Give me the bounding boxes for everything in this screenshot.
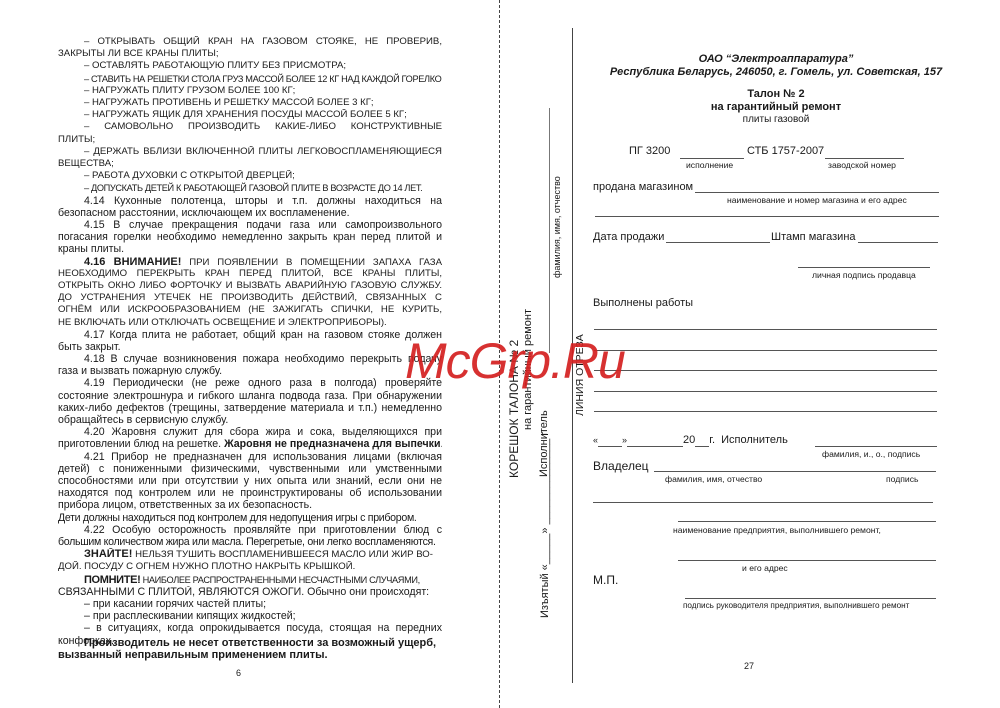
stub-executor-line [549, 108, 550, 353]
text-line: Дети должны находиться под контролем для… [58, 512, 442, 524]
text-line: ВЕЩЕСТВА; [58, 158, 442, 170]
work-line-field[interactable] [594, 411, 937, 412]
right-page-number: 27 [744, 661, 754, 671]
bold-prefix: ЗНАЙТЕ! [84, 548, 132, 560]
repair-day-field[interactable] [598, 434, 622, 447]
address-caption: и его адрес [742, 563, 788, 573]
text-line: ЗНАЙТЕ! НЕЛЬЗЯ ТУШИТЬ ВОСПЛАМЕНИВШЕЕСЯ М… [58, 548, 442, 561]
stub-executor-caption: фамилия, имя, отчество [552, 176, 562, 278]
text-line: способностями или при отсутствии у них о… [58, 475, 442, 487]
text-line: ДОЙ. ПОСУДУ С ОГНЕМ НУЖНО ПЛОТНО НАКРЫТЬ… [58, 561, 442, 573]
seal-label: М.П. [593, 573, 618, 587]
head-signature-caption: подпись руководителя предприятия, выполн… [683, 601, 909, 610]
serial-number-field[interactable] [825, 158, 904, 159]
cut-line [572, 28, 573, 683]
work-line-field[interactable] [594, 329, 937, 330]
work-line-field[interactable] [594, 370, 937, 371]
text-line: – при касании горячих частей плиты; [58, 598, 442, 610]
stamp-label: Штамп магазина [771, 231, 856, 243]
year-suffix: г. [709, 434, 715, 446]
left-page-number: 6 [236, 668, 241, 678]
text-line: 4.22 Особую осторожность проявляйте при … [58, 524, 442, 536]
text-line: газа и вызвать пожарную службу. [58, 365, 442, 377]
text-line: 4.17 Когда плита не работает, общий кран… [58, 329, 442, 341]
company-name: ОАО “Электроаппаратура” [590, 53, 962, 65]
owner-caption-name: фамилия, имя, отчество [665, 474, 762, 484]
text-line: приготовлении блюд на решетке. Жаровня н… [58, 438, 442, 450]
liability-statement: Производитель не несет ответственности з… [58, 637, 442, 661]
stub-subtitle: на гарантийный ремонт [522, 309, 534, 430]
sold-by-label: продана магазином [593, 181, 693, 193]
text-line: 4.14 Кухонные полотенца, шторы и т.п. до… [58, 195, 442, 207]
text-line: ПОМНИТЕ! НАИБОЛЕЕ РАСПРОСТРАНЕННЫМИ НЕСЧ… [58, 574, 442, 586]
text-line: – ОТКРЫВАТЬ ОБЩИЙ КРАН НА ГАЗОВОМ СТОЯКЕ… [58, 36, 442, 48]
text-line: – СТАВИТЬ НА РЕШЕТКИ СТОЛА ГРУЗ МАССОЙ Б… [58, 73, 442, 85]
text-line: находятся под контролем или не проинстру… [58, 487, 442, 499]
bold-prefix: 4.16 ВНИМАНИЕ! [84, 256, 181, 268]
repair-month-field[interactable] [627, 434, 683, 447]
text-line: 4.20 Жаровня служит для сбора жира и сок… [58, 426, 442, 438]
text-line: – НАГРУЖАТЬ ПЛИТУ ГРУЗОМ БОЛЕЕ 100 КГ; [58, 85, 442, 97]
bold-suffix: Жаровня не предназначена для выпечки [224, 438, 440, 450]
text-line: – САМОВОЛЬНО ПРОИЗВОДИТЬ КАКИЕ-ЛИБО КОНС… [58, 121, 442, 133]
coupon-product: плиты газовой [590, 114, 962, 125]
text-line: – РАБОТА ДУХОВКИ С ОТКРЫТОЙ ДВЕРЦЕЙ; [58, 170, 442, 182]
repair-year-field[interactable] [695, 434, 709, 447]
text-line: большим количеством жира или масла. Пере… [58, 536, 442, 548]
owner-field-line-2[interactable] [593, 502, 933, 503]
text-line: 4.15 В случае прекращения подачи газа ил… [58, 219, 442, 231]
text-line: прибора лицом, ответственных за их безоп… [58, 499, 442, 511]
text-line: – НАГРУЖАТЬ ПРОТИВЕНЬ И РЕШЕТКУ МАССОЙ Б… [58, 97, 442, 109]
executor-field[interactable] [815, 446, 937, 447]
work-line-field[interactable] [594, 391, 937, 392]
text-line: детей) с пониженными физическими, чувств… [58, 463, 442, 475]
standard-label: СТБ 1757-2007 [747, 145, 824, 157]
stamp-field[interactable] [858, 242, 938, 243]
text-line: 4.18 В случае возникновения пожара необх… [58, 353, 442, 365]
cut-line-label: ЛИНИЯ ОТРЕЗА [574, 334, 586, 416]
enterprise-address-field[interactable] [678, 560, 936, 561]
store-field[interactable] [695, 192, 939, 193]
owner-label: Владелец [593, 459, 649, 473]
seller-signature-field[interactable] [798, 267, 930, 268]
text-line: 4.21 Прибор не предназначен для использо… [58, 451, 442, 463]
serial-caption: заводской номер [828, 160, 896, 170]
work-line-field[interactable] [594, 350, 937, 351]
text-line: СВЯЗАННЫМИ С ПЛИТОЙ, ЯВЛЯЮТСЯ ОЖОГИ. Обы… [58, 586, 442, 598]
left-page-text: – ОТКРЫВАТЬ ОБЩИЙ КРАН НА ГАЗОВОМ СТОЯКЕ… [58, 36, 442, 647]
text-line: – НАГРУЖАТЬ ЯЩИК ДЛЯ ХРАНЕНИЯ ПОСУДЫ МАС… [58, 109, 442, 121]
stub-title: КОРЕШОК ТАЛОНА № 2 [507, 340, 521, 478]
liability-line-1: Производитель не несет ответственности з… [58, 637, 442, 649]
enterprise-field[interactable] [678, 521, 936, 522]
text-line: – ДЕРЖАТЬ ВБЛИЗИ ВКЛЮЧЕННОЙ ПЛИТЫ ЛЕГКОВ… [58, 146, 442, 158]
text-line: краны плиты. [58, 243, 442, 255]
store-caption: наименование и номер магазина и его адре… [727, 195, 907, 205]
text-line: ПЛИТЫ; [58, 134, 442, 146]
text-line: ДО УСТРАНЕНИЯ УТЕЧЕК НЕ ПРОИЗВОДИТЬ ДЕЙС… [58, 292, 442, 304]
text-line: каких-либо дефектов (трещины, затвердени… [58, 402, 442, 414]
repair-date: « » 20 г. Исполнитель [593, 434, 788, 447]
coupon-title: Талон № 2 [590, 88, 962, 100]
executor-label: Исполнитель [721, 434, 788, 446]
model-label: ПГ 3200 [629, 145, 670, 157]
executor-caption: фамилия, и., о., подпись [822, 449, 920, 459]
sale-date-label: Дата продажи [593, 231, 664, 243]
text-line: обращайтесь в сервисную службу. [58, 414, 442, 426]
text-line: – при расплескивании кипящих жидкостей; [58, 610, 442, 622]
text-line: – ОСТАВЛЯТЬ РАБОТАЮЩУЮ ПЛИТУ БЕЗ ПРИСМОТ… [58, 60, 442, 72]
text-line: 4.19 Периодически (не реже одного раза в… [58, 377, 442, 389]
works-done-label: Выполнены работы [593, 297, 693, 309]
enterprise-caption: наименование предприятия, выполнившего р… [673, 525, 881, 535]
liability-line-2: вызванный неправильным применением плиты… [58, 649, 442, 661]
text-line: 4.16 ВНИМАНИЕ! ПРИ ПОЯВЛЕНИИ В ПОМЕЩЕНИИ… [58, 256, 442, 268]
company-address: Республика Беларусь, 246050, г. Гомель, … [590, 66, 962, 78]
owner-caption-signature: подпись [886, 474, 919, 484]
text-line: погасания горелки необходимо немедленно … [58, 231, 442, 243]
text-line: состояние электрошнура и гибкого шланга … [58, 390, 442, 402]
owner-field[interactable] [654, 471, 936, 472]
year-prefix: 20 [683, 434, 695, 446]
text-line: – в ситуациях, когда опрокидывается посу… [58, 622, 442, 634]
text-line: безопасном расстоянии, исключающем их во… [58, 207, 442, 219]
execution-field[interactable] [680, 158, 744, 159]
head-signature-field[interactable] [685, 598, 936, 599]
bold-prefix: ПОМНИТЕ! [84, 574, 140, 586]
text-line: ОТКРЫТЬ ОКНО ЛИБО ФОРТОЧКУ И ВЫЗВАТЬ АВА… [58, 280, 442, 292]
text-line: ОГНЁМ ИЛИ ИСКРООБРАЗОВАНИЕМ (НЕ ЗАЖИГАТЬ… [58, 304, 442, 316]
seller-signature-caption: личная подпись продавца [812, 270, 916, 280]
store-field-line-2[interactable] [595, 216, 939, 217]
text-line: ЗАКРЫТЫ ЛИ ВСЕ КРАНЫ ПЛИТЫ; [58, 48, 442, 60]
stub-seized-label: Изъятый «_____» ______________ г [539, 432, 551, 618]
execution-caption: исполнение [686, 160, 733, 170]
text-line: – ДОПУСКАТЬ ДЕТЕЙ К РАБОТАЮЩЕЙ ГАЗОВОЙ П… [58, 182, 442, 194]
dashed-fold-line [499, 0, 500, 708]
text-line: быть закрыт. [58, 341, 442, 353]
text-line: НЕОБХОДИМО ПЕРЕКРЫТЬ КРАН ПЕРЕД ПЛИТОЙ, … [58, 268, 442, 280]
sale-date-field[interactable] [666, 242, 770, 243]
coupon-subtitle: на гарантийный ремонт [590, 101, 962, 113]
text-line: НЕ ВКЛЮЧАТЬ ИЛИ ОТКЛЮЧАТЬ ОСВЕЩЕНИЕ И ЭЛ… [58, 317, 442, 329]
